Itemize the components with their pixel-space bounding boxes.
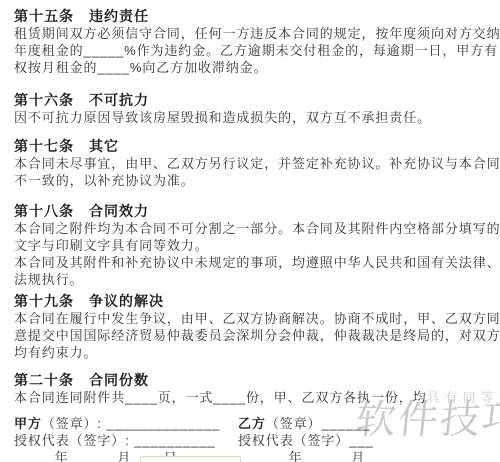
party-b-rep-blank: ___ <box>349 433 373 448</box>
article-17-heading: 第十七条 其它 <box>14 137 488 155</box>
paragraph-line: 本合同连同附件共____页，一式____份，甲、乙双方各执一份，均具有同等效力 <box>14 389 488 406</box>
party-b-date-row: _____年______月_ <box>238 449 488 462</box>
partial-popup-box <box>140 456 241 462</box>
section-article-16: 第十六条 不可抗力 因不可抗力原因导致该房屋毁损和造成损失的，双方互不承担责任。 <box>14 91 488 126</box>
section-article-19: 第十九条 争议的解决 本合同在履行中发生争议，由甲、乙双方协商解决。协商不成时，… <box>14 292 488 361</box>
article-18-heading: 第十八条 合同效力 <box>14 202 488 220</box>
paragraph-line: 本合同及其附件和补充协议中未规定的事项，均遵照中华人民共和国有关法律、 <box>14 254 488 271</box>
party-b-seal-label: （签章） <box>266 416 322 431</box>
article-19-paragraph: 本合同在履行中发生争议，由甲、乙双方协商解决。协商不成时，甲、乙双方同 意提交中… <box>14 310 488 361</box>
article-20-heading: 第二十条 合同份数 <box>14 371 488 389</box>
paragraph-line: 租赁期间双方必须信守合同，任何一方违反本合同的规定，按年度须向对方交纳 <box>14 25 488 42</box>
paragraph-line: 本合同之附件均为本合同不可分割之一部分。本合同及其附件内空格部分填写的 <box>14 220 488 237</box>
party-a-rep-label: 授权代表（签字）: <box>14 433 134 448</box>
paragraph-line: 不一致的，以补充协议为准。 <box>14 172 488 189</box>
article-16-paragraph: 因不可抗力原因导致该房屋毁损和造成损失的，双方互不承担责任。 <box>14 109 488 126</box>
article-16-heading: 第十六条 不可抗力 <box>14 91 488 109</box>
paragraph-line: 本合同未尽事宜，由甲、乙双方另行议定，并签定补充协议。补充协议与本合同 <box>14 155 488 172</box>
section-article-20: 第二十条 合同份数 本合同连同附件共____页，一式____份，甲、乙双方各执一… <box>14 371 488 406</box>
party-a-label: 甲方 <box>14 416 42 431</box>
party-b-seal-row: 乙方（签章）______ <box>238 415 488 432</box>
section-article-18: 第十八条 合同效力 本合同之附件均为本合同不可分割之一部分。本合同及其附件内空格… <box>14 202 488 288</box>
party-a-rep-blank: __________ <box>134 433 215 448</box>
signature-party-a: 甲方（签章）: ______________ 授权代表（签字）: _______… <box>14 415 238 462</box>
party-b-seal-blank: ______ <box>321 416 370 431</box>
section-article-15: 第十五条 违约责任 租赁期间双方必须信守合同，任何一方违反本合同的规定，按年度须… <box>14 7 488 76</box>
party-a-seal-blank: ______________ <box>106 416 220 431</box>
copies-line-faded-text: 具有同等效力 <box>427 390 500 405</box>
signature-block: 甲方（签章）: ______________ 授权代表（签字）: _______… <box>14 415 488 462</box>
contract-body: 第十五条 违约责任 租赁期间双方必须信守合同，任何一方违反本合同的规定，按年度须… <box>14 7 488 462</box>
signature-party-b: 乙方（签章）______ 授权代表（签字）___ _____年______月_ <box>238 415 488 462</box>
article-18-paragraph: 本合同之附件均为本合同不可分割之一部分。本合同及其附件内空格部分填写的 文字与印… <box>14 220 488 288</box>
paragraph-line: 均有约束力。 <box>14 344 488 361</box>
article-20-paragraph: 本合同连同附件共____页，一式____份，甲、乙双方各执一份，均具有同等效力 <box>14 389 488 406</box>
party-a-seal-label: （签章）: <box>42 416 107 431</box>
party-b-rep-label: 授权代表（签字） <box>238 433 349 448</box>
paragraph-line: 权按月租金的____%向乙方加收滞纳金。 <box>14 59 488 76</box>
party-b-rep-row: 授权代表（签字）___ <box>238 432 488 449</box>
paragraph-line: 文字与印刷文字具有同等效力。 <box>14 237 488 254</box>
copies-line-main: 本合同连同附件共____页，一式____份，甲、乙双方各执一份，均 <box>14 390 427 405</box>
paragraph-line: 意提交中国国际经济贸易仲裁委员会深圳分会仲裁，仲裁裁决是终局的，对双方 <box>14 327 488 344</box>
paragraph-line: 年度租金的_____%作为违约金。乙方逾期未交付租金的，每逾期一日，甲方有 <box>14 42 488 59</box>
section-article-17: 第十七条 其它 本合同未尽事宜，由甲、乙双方另行议定，并签定补充协议。补充协议与… <box>14 137 488 189</box>
contract-document-page: 软件技巧 第十五条 违约责任 租赁期间双方必须信守合同，任何一方违反本合同的规定… <box>0 0 500 462</box>
article-15-heading: 第十五条 违约责任 <box>14 7 488 25</box>
article-15-paragraph: 租赁期间双方必须信守合同，任何一方违反本合同的规定，按年度须向对方交纳 年度租金… <box>14 25 488 76</box>
party-b-label: 乙方 <box>238 416 266 431</box>
party-a-seal-row: 甲方（签章）: ______________ <box>14 415 238 432</box>
party-a-rep-row: 授权代表（签字）: __________ <box>14 432 238 449</box>
article-17-paragraph: 本合同未尽事宜，由甲、乙双方另行议定，并签定补充协议。补充协议与本合同 不一致的… <box>14 155 488 189</box>
paragraph-line: 本合同在履行中发生争议，由甲、乙双方协商解决。协商不成时，甲、乙双方同 <box>14 310 488 327</box>
article-19-heading: 第十九条 争议的解决 <box>14 292 488 310</box>
paragraph-line: 因不可抗力原因导致该房屋毁损和造成损失的，双方互不承担责任。 <box>14 109 488 126</box>
paragraph-line: 法规执行。 <box>14 271 488 288</box>
